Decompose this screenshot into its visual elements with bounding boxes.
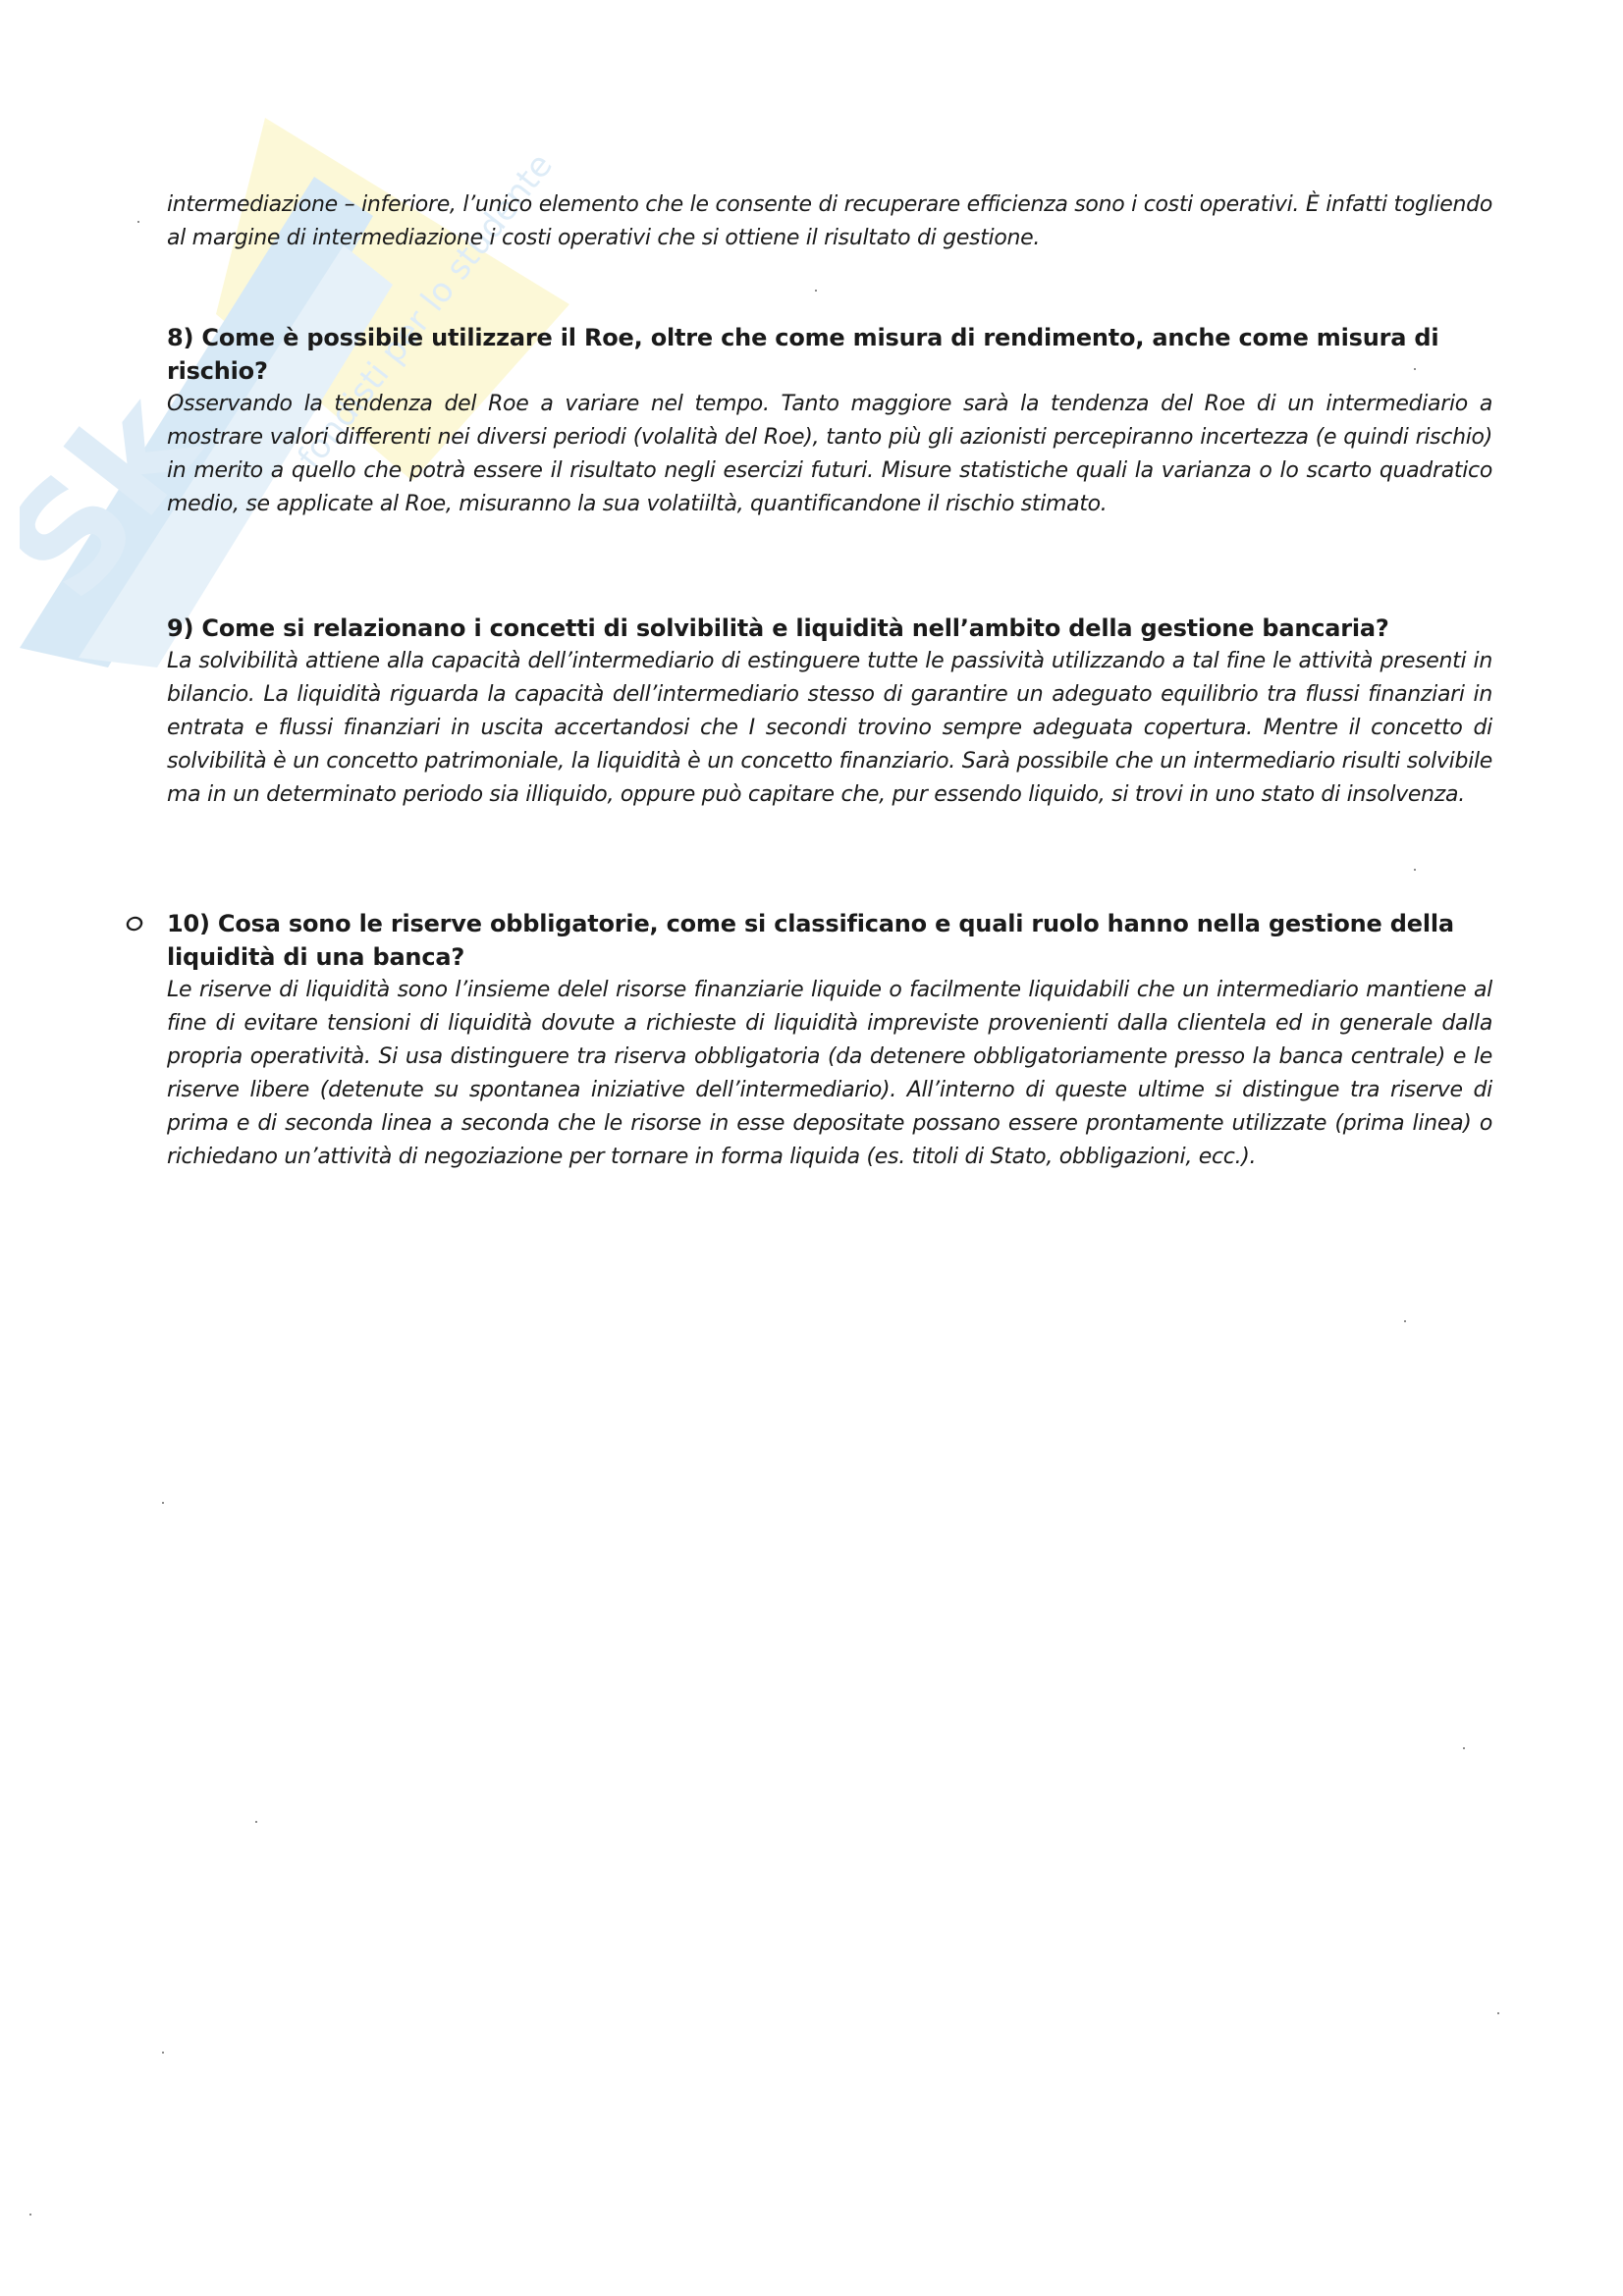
scan-speck bbox=[162, 2052, 164, 2054]
question-8-answer: Osservando la tendenza del Roe a variare… bbox=[167, 388, 1492, 521]
intro-paragraph: intermediazione – inferiore, l’unico ele… bbox=[167, 188, 1492, 255]
scan-speck bbox=[1463, 1747, 1465, 1749]
scan-speck bbox=[1497, 2012, 1499, 2014]
question-9-section: 9) Come si relazionano i concetti di sol… bbox=[167, 612, 1492, 812]
scan-speck bbox=[1414, 869, 1416, 871]
intro-section: intermediazione – inferiore, l’unico ele… bbox=[167, 188, 1492, 255]
question-10-title: 10) Cosa sono le riserve obbligatorie, c… bbox=[167, 907, 1492, 974]
scan-speck bbox=[1414, 368, 1416, 370]
handwritten-bullet-icon bbox=[125, 915, 145, 934]
scan-speck bbox=[137, 221, 139, 223]
scan-speck bbox=[255, 1821, 257, 1823]
question-9-title: 9) Come si relazionano i concetti di sol… bbox=[167, 612, 1492, 645]
question-8-section: 8) Come è possibile utilizzare il Roe, o… bbox=[167, 321, 1492, 521]
scan-speck bbox=[29, 2214, 31, 2216]
scan-speck bbox=[1404, 1320, 1406, 1322]
scan-speck bbox=[162, 1502, 164, 1504]
question-9-answer: La solvibilità attiene alla capacità del… bbox=[167, 645, 1492, 812]
question-10-section: 10) Cosa sono le riserve obbligatorie, c… bbox=[167, 907, 1492, 1174]
question-10-answer: Le riserve di liquidità sono l’insieme d… bbox=[167, 974, 1492, 1174]
question-8-title: 8) Come è possibile utilizzare il Roe, o… bbox=[167, 321, 1492, 388]
scan-speck bbox=[815, 290, 817, 292]
